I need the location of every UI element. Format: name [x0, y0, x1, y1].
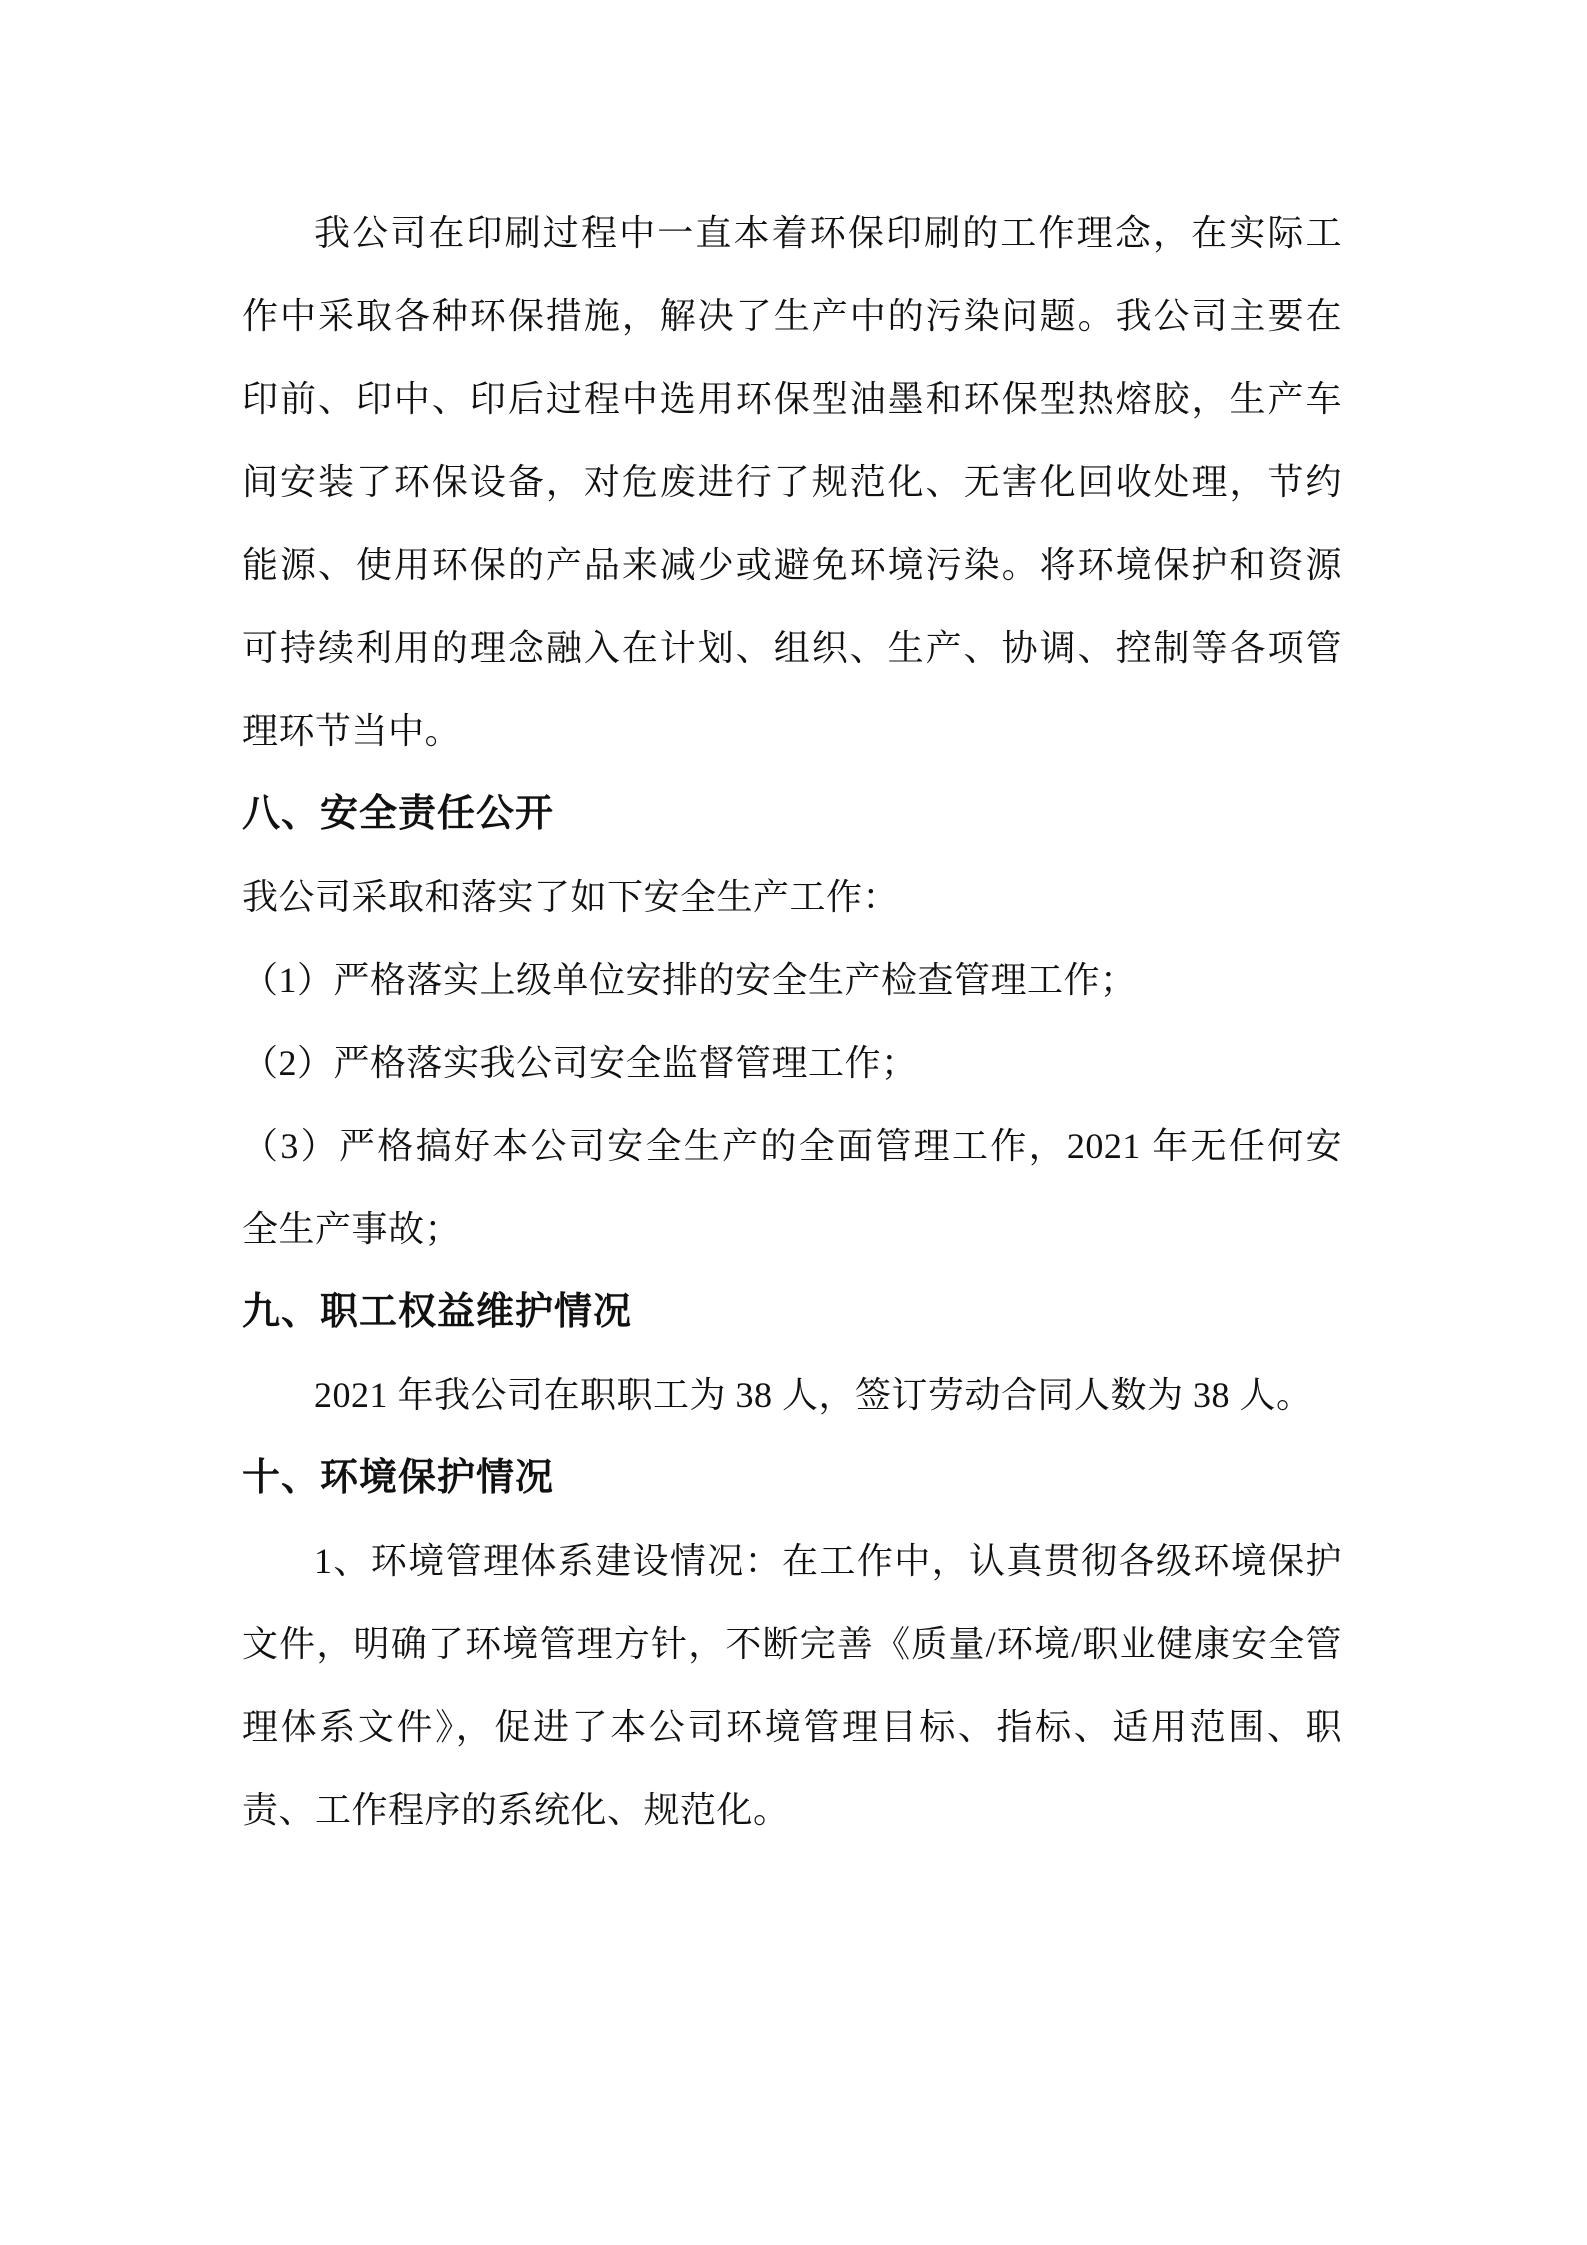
section-heading: 十、环境保护情况 — [242, 1437, 1342, 1520]
text-line: （1）严格落实上级单位安排的安全生产检查管理工作； — [242, 939, 1342, 1022]
section-heading: 九、职工权益维护情况 — [242, 1271, 1342, 1354]
text-line: 我公司在印刷过程中一直本着环保印刷的工作理念，在实际工 — [242, 192, 1342, 275]
text-line: （2）严格落实我公司安全监督管理工作； — [242, 1022, 1342, 1105]
text-line: 文件，明确了环境管理方针，不断完善《质量/环境/职业健康安全管 — [242, 1603, 1342, 1686]
text-line: 理体系文件》，促进了本公司环境管理目标、指标、适用范围、职 — [242, 1686, 1342, 1769]
text-line: 可持续利用的理念融入在计划、组织、生产、协调、控制等各项管 — [242, 607, 1342, 690]
text-line: （3）严格搞好本公司安全生产的全面管理工作，2021 年无任何安 — [242, 1105, 1342, 1188]
text-line: 理环节当中。 — [242, 690, 1342, 773]
section-heading: 八、安全责任公开 — [242, 773, 1342, 856]
document-body: 我公司在印刷过程中一直本着环保印刷的工作理念，在实际工作中采取各种环保措施，解决… — [242, 192, 1342, 1852]
text-line: 作中采取各种环保措施，解决了生产中的污染问题。我公司主要在 — [242, 275, 1342, 358]
text-line: 间安装了环保设备，对危废进行了规范化、无害化回收处理，节约 — [242, 441, 1342, 524]
text-line: 责、工作程序的系统化、规范化。 — [242, 1769, 1342, 1852]
text-line: 1、环境管理体系建设情况：在工作中，认真贯彻各级环境保护 — [242, 1520, 1342, 1603]
text-line: 我公司采取和落实了如下安全生产工作： — [242, 856, 1342, 939]
text-line: 能源、使用环保的产品来减少或避免环境污染。将环境保护和资源 — [242, 524, 1342, 607]
text-line: 印前、印中、印后过程中选用环保型油墨和环保型热熔胶，生产车 — [242, 358, 1342, 441]
text-line: 全生产事故； — [242, 1188, 1342, 1271]
document-page: 我公司在印刷过程中一直本着环保印刷的工作理念，在实际工作中采取各种环保措施，解决… — [0, 0, 1587, 2245]
text-line: 2021 年我公司在职职工为 38 人，签订劳动合同人数为 38 人。 — [242, 1354, 1342, 1437]
